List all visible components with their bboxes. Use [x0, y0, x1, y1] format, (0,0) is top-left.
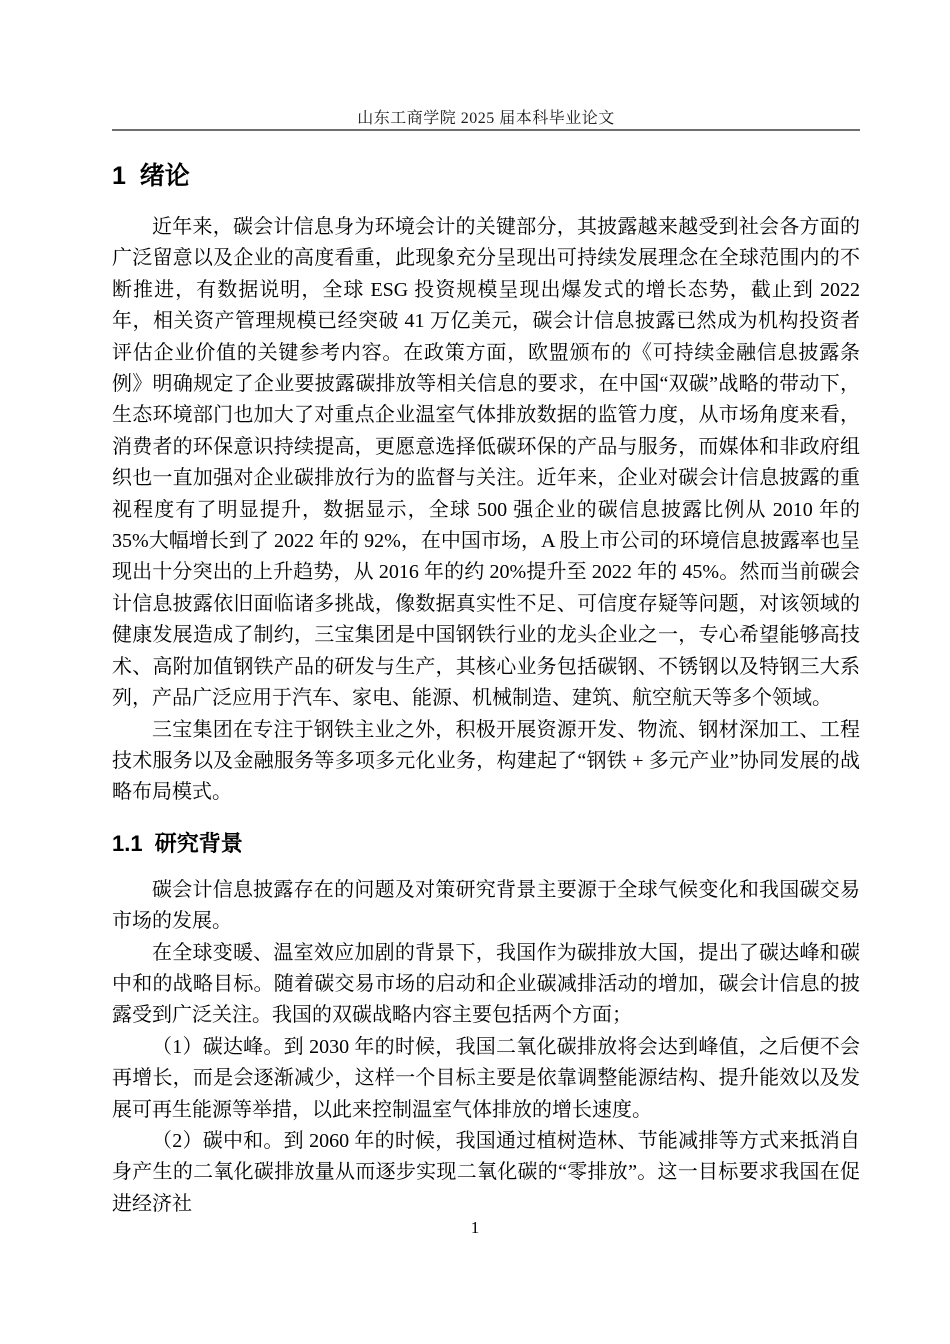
header-rule-divider — [112, 129, 860, 131]
paragraph-carbon-peak: （1）碳达峰。到 2030 年的时候，我国二氧化碳排放将会达到峰值，之后便不会再… — [112, 1032, 860, 1126]
paragraph-group-diversification: 三宝集团在专注于钢铁主业之外，积极开展资源开发、物流、钢材深加工、工程技术服务以… — [112, 715, 860, 809]
paragraph-dual-carbon-strategy: 在全球变暖、温室效应加剧的背景下，我国作为碳排放大国，提出了碳达峰和碳中和的战略… — [112, 938, 860, 1032]
paragraph-intro: 近年来，碳会计信息身为环境会计的关键部分，其披露越来越受到社会各方面的广泛留意以… — [112, 212, 860, 715]
section-heading-research-background: 1.1 研究背景 — [112, 829, 860, 859]
page-number: 1 — [0, 1218, 950, 1238]
page-body: 1 绪论 近年来，碳会计信息身为环境会计的关键部分，其披露越来越受到社会各方面的… — [112, 156, 860, 1220]
paragraph-carbon-neutral: （2）碳中和。到 2060 年的时候，我国通过植树造林、节能减排等方式来抵消自身… — [112, 1126, 860, 1220]
thesis-document-page: 山东工商学院 2025 届本科毕业论文 1 绪论 近年来，碳会计信息身为环境会计… — [0, 0, 950, 1344]
chapter-heading: 1 绪论 — [112, 156, 860, 196]
running-header: 山东工商学院 2025 届本科毕业论文 — [112, 105, 860, 128]
paragraph-background-origin: 碳会计信息披露存在的问题及对策研究背景主要源于全球气候变化和我国碳交易市场的发展… — [112, 875, 860, 938]
